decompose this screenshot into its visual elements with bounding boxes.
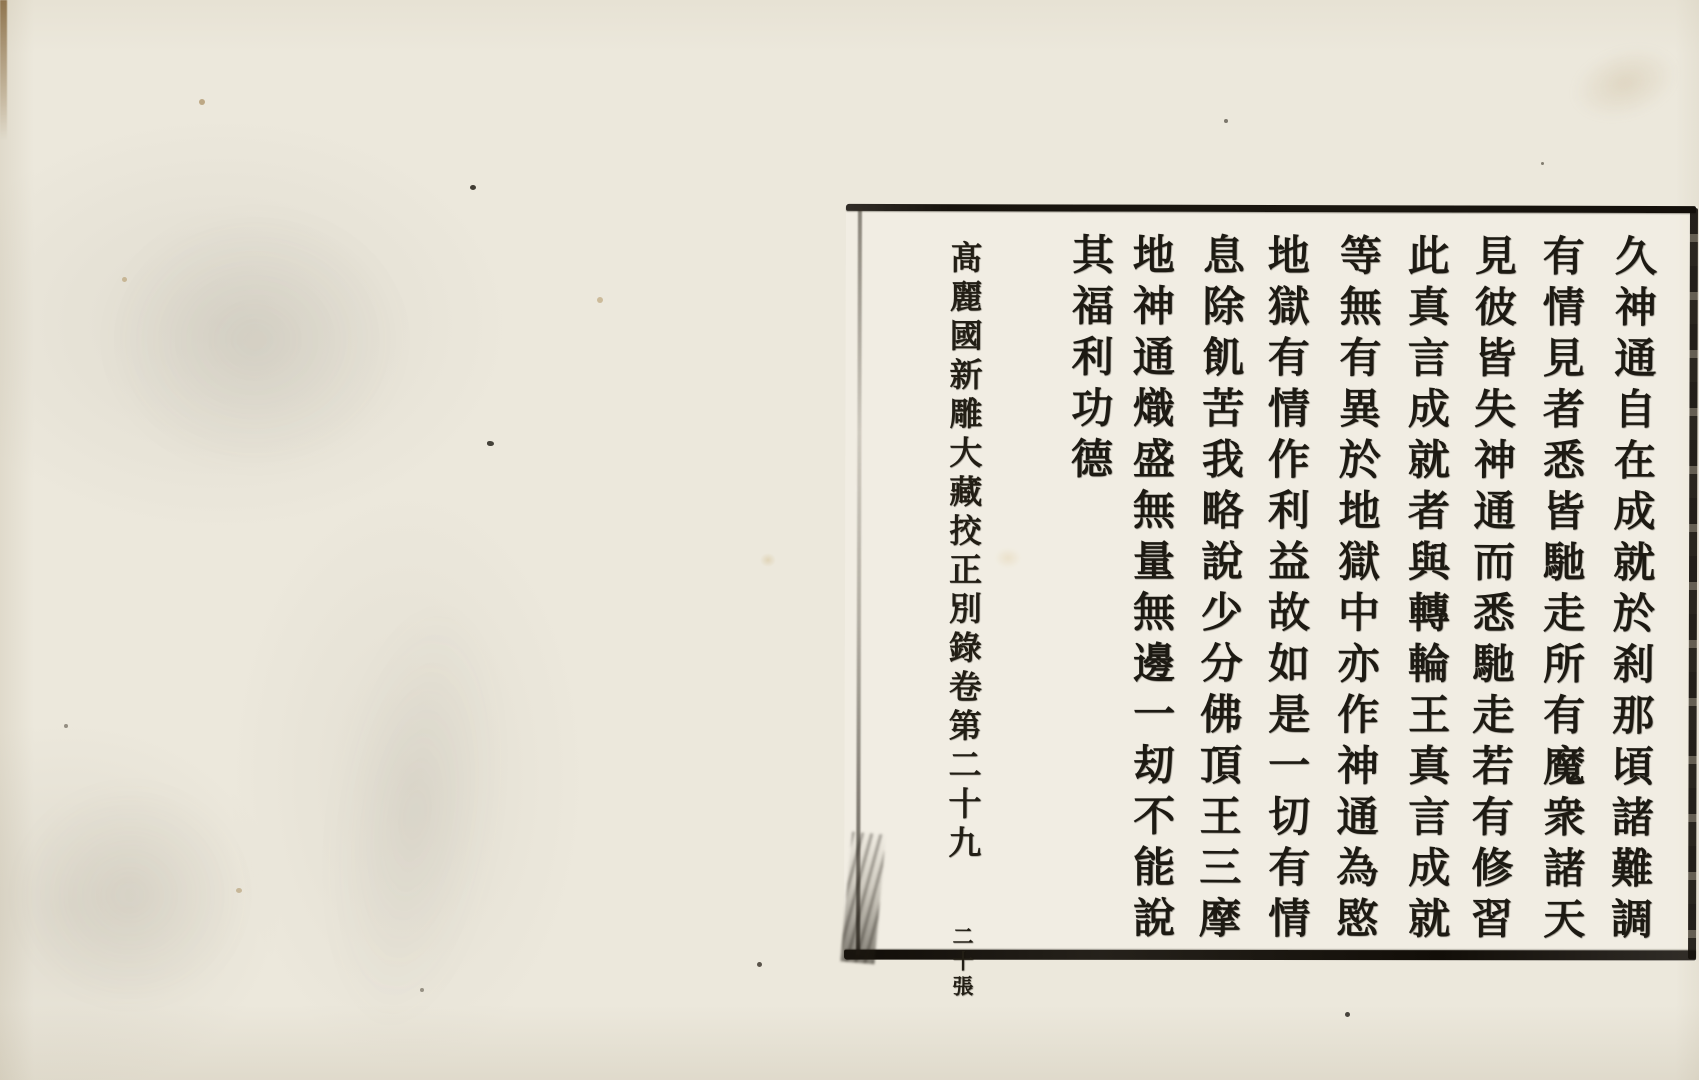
foxing-dot [236,888,242,893]
text-column-6: 地獄有情作利益故如是一切有情 [1252,233,1317,947]
sheet-number: 二十張 [950,925,975,1000]
foxing-dot [597,297,603,303]
colophon-column: 髙麗國新雕大藏挍正別錄卷第二十九 二十張 [916,240,988,1000]
foxing-dot [199,99,205,105]
ink-speck [1541,162,1544,165]
ghost-smudge [100,205,410,475]
ink-speck [470,185,476,190]
oil-stain [760,553,776,567]
text-column-3: 見彼皆失神通而悉馳走若有修習 [1455,233,1523,947]
text-column-8: 地神通熾盛無量無邊一刧不能說 [1117,233,1182,947]
frame-border-right [1688,208,1698,959]
text-column-7: 息除飢苦我略說少分佛頂王三摩 [1183,233,1251,947]
ink-speck [1224,119,1228,123]
text-column-2: 有情見者悉皆馳走所有魔衆諸天 [1527,234,1592,948]
ink-speck [1345,1012,1350,1017]
text-column-4: 此真言成就者與轉輪王真言成就 [1392,233,1457,947]
ghost-smudge [301,590,529,1039]
text-column-5: 等無有異於地獄中亦作神通為愍 [1320,233,1388,947]
text-column-9: 其福利功德 [1055,232,1121,487]
text-column-1: 久神通自在成就於刹那頃諸難調 [1595,234,1663,948]
ghost-smudge [10,780,250,1010]
ink-speck [420,988,424,992]
scanned-manuscript-page: 久神通自在成就於刹那頃諸難調 有情見者悉皆馳走所有魔衆諸天 見彼皆失神通而悉馳走… [0,0,1699,1080]
frame-border-top [846,204,1696,213]
page-edge-shadow [0,0,7,140]
corner-stain [1562,33,1688,134]
volume-title: 髙麗國新雕大藏挍正別錄卷第二十九 [943,240,984,864]
ink-smear [840,832,886,965]
ink-speck [64,724,68,728]
ink-speck [487,441,494,446]
foxing-dot [122,277,127,282]
ink-speck [757,962,762,967]
printed-text-block: 久神通自在成就於刹那頃諸難調 有情見者悉皆馳走所有魔衆諸天 見彼皆失神通而悉馳走… [844,204,1698,961]
